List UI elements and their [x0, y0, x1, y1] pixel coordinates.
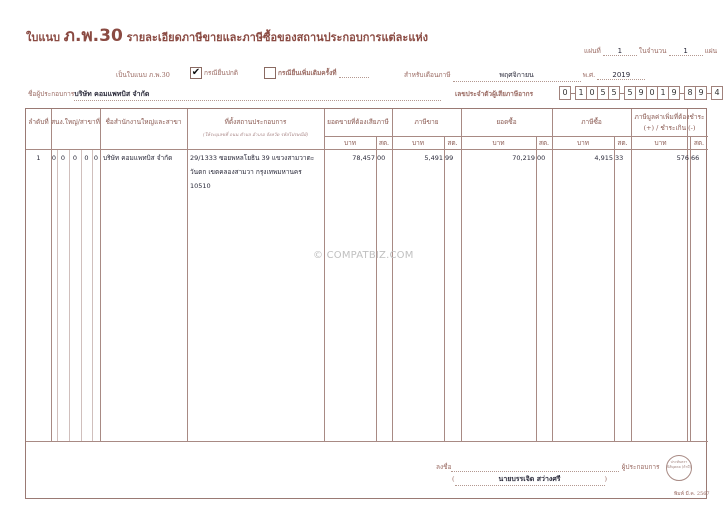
row-amount-baht: 4,915 [552, 151, 613, 165]
year-field[interactable]: 2019 [597, 71, 645, 80]
form-code: ภ.พ.30 [64, 26, 123, 46]
row-amount-satang: 66 [691, 151, 709, 165]
row-branch-digit: 0 [81, 151, 92, 165]
signer-name-line: (นายบรรเจิด สว่างศรี) [452, 474, 607, 486]
header-divider [26, 149, 708, 150]
header-vat_due: ภาษีมูลค่าเพิ่มที่ต้องชำระ (+) / ชำระเกิ… [631, 112, 708, 134]
header-address: ที่ตั้งสถานประกอบการ [187, 117, 324, 128]
column-divider [100, 109, 101, 441]
tin-digit: 0 [559, 86, 571, 100]
title-prefix: ใบแนบ [26, 31, 60, 44]
satang-divider [690, 136, 691, 441]
row-amount-satang: 99 [445, 151, 462, 165]
header-satang: สต. [536, 138, 552, 149]
tin-digit: 9 [668, 86, 680, 100]
row-office-name: บริษัท คอมแพทบิส จำกัด [103, 151, 185, 165]
sheet-counter: แผ่นที่ 1 ในจำนวน 1 แผ่น [584, 46, 717, 56]
signature-line: ลงชื่อ ผู้ประกอบการ [436, 462, 660, 472]
header-branch: สนง.ใหญ่/สาขาที่ [51, 117, 100, 128]
header-satang: สต. [376, 138, 392, 149]
sheet-no[interactable]: 1 [603, 47, 637, 56]
operator-name-field[interactable]: บริษัท คอมแพทบิส จำกัด [74, 89, 441, 101]
header-baht: บาท [461, 138, 536, 149]
header-office: ชื่อสำนักงานใหญ่และสาขา [100, 117, 187, 128]
header-satang: สต. [690, 138, 708, 149]
satang-divider [444, 136, 445, 441]
checkbox-empty-icon[interactable] [264, 67, 276, 79]
branch-digit-divider [81, 149, 82, 441]
row-amount-baht: 5,491 [392, 151, 443, 165]
header-sales: ยอดขายที่ต้องเสียภาษี [324, 117, 392, 128]
sheet-label: แผ่นที่ [584, 47, 601, 55]
subheader-divider [324, 136, 392, 137]
row-amount-satang: 00 [377, 151, 393, 165]
attach-label: เป็นใบแนบ ภ.พ.30 [116, 70, 170, 80]
satang-divider [614, 136, 615, 441]
row-address: 29/1333 ซอยพหลโยธิน 39 แขวงสามวาตะวันตก … [190, 151, 322, 193]
operator-name: ชื่อผู้ประกอบการบริษัท คอมแพทบิส จำกัด [28, 89, 441, 101]
row-amount-satang: 33 [615, 151, 632, 165]
subheader-divider [552, 136, 631, 137]
column-divider [187, 109, 188, 441]
print-note: พิมพ์ มี.ค. 2567 [674, 490, 710, 498]
tax-month: สำหรับเดือนภาษี พฤศจิกายน พ.ศ. 2019 [404, 70, 645, 82]
normal-filing-option[interactable]: ✔กรณียื่นปกติ [190, 67, 238, 79]
tin-boxes[interactable]: 0105559019894 [560, 86, 723, 100]
header-baht: บาท [324, 138, 376, 149]
header-satang: สต. [444, 138, 461, 149]
tin-digit: 5 [608, 86, 620, 100]
row-amount-baht: 70,219 [461, 151, 535, 165]
year-label: พ.ศ. [583, 71, 596, 79]
of-label: ในจำนวน [639, 47, 667, 55]
header-input_tax: ภาษีซื้อ [552, 117, 631, 128]
body-divider [26, 441, 708, 442]
additional-filing-option[interactable]: กรณียื่นเพิ่มเติมครั้งที่ [264, 67, 369, 79]
company-seal-icon: ประทับตรา นิติบุคคล (ถ้ามี) [666, 455, 692, 481]
header-seq: ลำดับที่ [26, 117, 51, 128]
tin-label: เลขประจำตัวผู้เสียภาษีอากร [455, 89, 533, 99]
header-output_tax: ภาษีขาย [392, 117, 461, 128]
subheader-divider [461, 136, 552, 137]
row-amount-baht: 78,457 [324, 151, 375, 165]
row-seq: 1 [26, 151, 51, 165]
additional-count-field[interactable] [339, 69, 369, 78]
header-baht: บาท [392, 138, 444, 149]
row-amount-baht: 576 [631, 151, 689, 165]
signature-field[interactable] [451, 463, 619, 472]
additional-filing-label: กรณียื่นเพิ่มเติมครั้งที่ [278, 69, 337, 77]
tin-digit: 9 [695, 86, 707, 100]
header-baht: บาท [552, 138, 614, 149]
satang-divider [536, 136, 537, 441]
signer-name[interactable]: นายบรรเจิด สว่างศรี [455, 474, 605, 486]
title-description: รายละเอียดภาษีขายและภาษีซื้อของสถานประกอ… [127, 31, 428, 44]
branch-digit-divider [57, 149, 58, 441]
subheader-divider [392, 136, 461, 137]
sheet-total[interactable]: 1 [669, 47, 703, 56]
sign-label: ลงชื่อ [436, 463, 451, 471]
header-baht: บาท [631, 138, 690, 149]
row-branch-digit: 0 [69, 151, 81, 165]
normal-filing-label: กรณียื่นปกติ [204, 69, 238, 77]
form-title: ใบแนบ ภ.พ.30 รายละเอียดภาษีขายและภาษีซื้… [26, 22, 428, 49]
month-label: สำหรับเดือนภาษี [404, 71, 451, 79]
branch-digit-divider [69, 149, 70, 441]
checkbox-checked-icon[interactable]: ✔ [190, 67, 202, 79]
row-branch-digit: 0 [57, 151, 69, 165]
header-address-note: (ให้ระบุเลขที่ ถนน ตำบล อำเภอ จังหวัด รห… [187, 130, 324, 141]
branch-digit-divider [92, 149, 93, 441]
row-branch-digit: 0 [92, 151, 100, 165]
tin-digit: 4 [711, 86, 723, 100]
row-amount-satang: 00 [537, 151, 553, 165]
sheet-unit: แผ่น [705, 47, 717, 55]
satang-divider [376, 136, 377, 441]
signer-role: ผู้ประกอบการ [622, 463, 660, 471]
month-field[interactable]: พฤศจิกายน [453, 70, 581, 82]
subheader-divider [631, 136, 708, 137]
header-purchases: ยอดซื้อ [461, 117, 552, 128]
watermark: © COMPATBIZ.COM [313, 250, 414, 261]
header-satang: สต. [614, 138, 631, 149]
detail-table: ยอดขายที่ต้องเสียภาษีบาทสต.ภาษีขายบาทสต.… [25, 108, 707, 499]
operator-name-label: ชื่อผู้ประกอบการ [28, 90, 74, 98]
